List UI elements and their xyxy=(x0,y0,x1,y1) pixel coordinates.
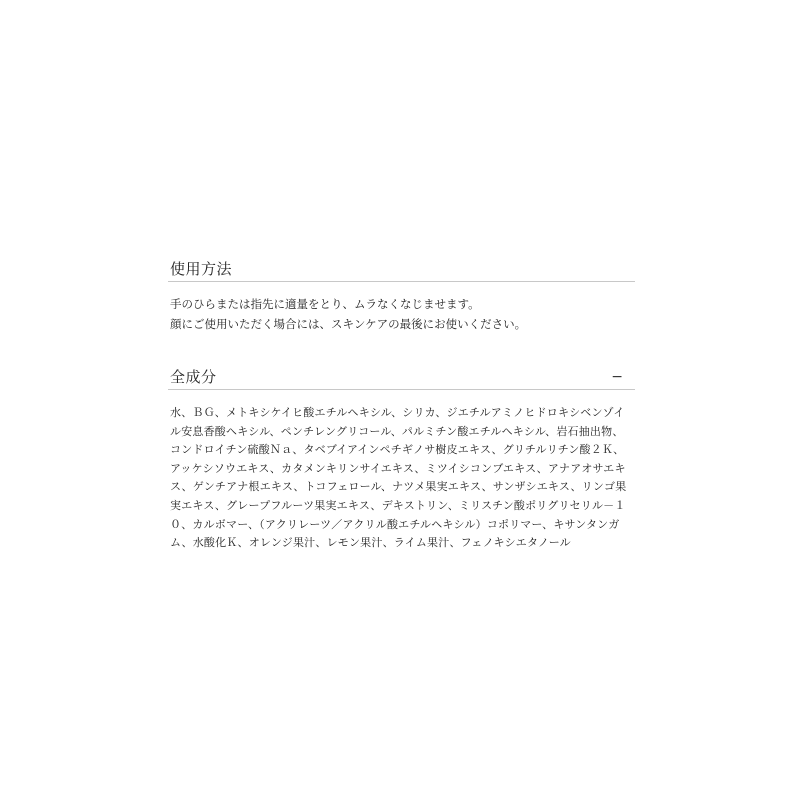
ingredients-title: 全成分 xyxy=(170,366,217,387)
collapse-minus-icon[interactable]: − xyxy=(611,370,623,384)
usage-section: 使用方法 手のひらまたは指先に適量をとり、ムラなくなじませます。 顔にご使用いた… xyxy=(168,256,635,334)
usage-line: 顔にご使用いただく場合には、スキンケアの最後にお使いください。 xyxy=(170,314,633,334)
ingredients-list: 水、ＢＧ、メトキシケイヒ酸エチルヘキシル、シリカ、ジエチルアミノヒドロキシベンゾ… xyxy=(168,390,635,553)
usage-line: 手のひらまたは指先に適量をとり、ムラなくなじませます。 xyxy=(170,294,633,314)
ingredients-header[interactable]: 全成分 − xyxy=(168,364,635,390)
usage-body: 手のひらまたは指先に適量をとり、ムラなくなじませます。 顔にご使用いただく場合に… xyxy=(168,282,635,334)
usage-header: 使用方法 xyxy=(168,256,635,282)
product-info: 使用方法 手のひらまたは指先に適量をとり、ムラなくなじませます。 顔にご使用いた… xyxy=(168,256,635,553)
usage-title: 使用方法 xyxy=(170,258,232,279)
ingredients-section: 全成分 − 水、ＢＧ、メトキシケイヒ酸エチルヘキシル、シリカ、ジエチルアミノヒド… xyxy=(168,364,635,553)
